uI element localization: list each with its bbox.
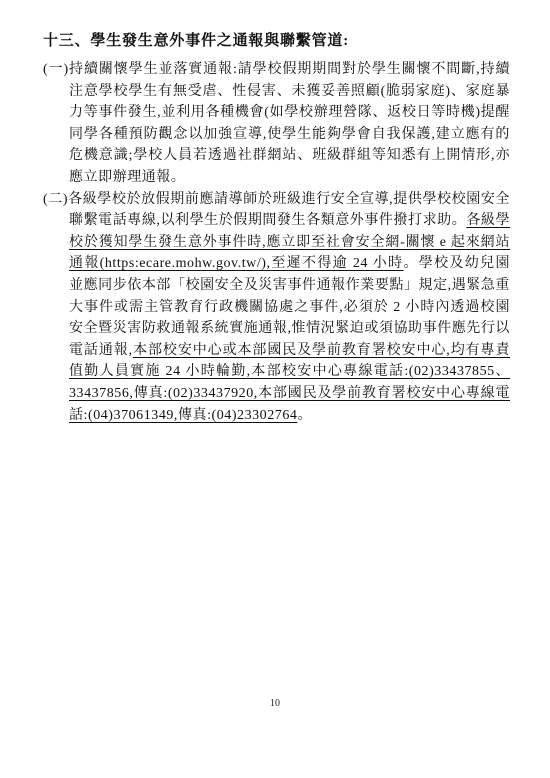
page-number: 10 — [0, 698, 550, 709]
text-run: 持續關懷學生並落實通報:請學校假期期間對於學生關懷不間斷,持續注意學校學生有無受… — [69, 62, 510, 185]
paragraph-2: (二)各級學校於放假期前應請導師於班級進行安全宣導,提供學校校園安全聯繫電話專線… — [43, 189, 510, 427]
paragraph-label: (二) — [43, 192, 68, 207]
text-run: 。 — [297, 408, 312, 423]
paragraph-1: (一)持續關懷學生並落實通報:請學校假期期間對於學生關懷不間斷,持續注意學校學生… — [43, 59, 510, 189]
paragraph-list: (一)持續關懷學生並落實通報:請學校假期期間對於學生關懷不間斷,持續注意學校學生… — [43, 59, 510, 426]
document-body: 十三、學生發生意外事件之通報與聯繫管道: (一)持續關懷學生並落實通報:請學校假… — [43, 31, 510, 426]
paragraph-label: (一) — [43, 62, 69, 77]
underlined-text-run: 本部校安中心或本部國民及學前教育署校安中心,均有專責值勤人員實施 24 小時輪勤… — [69, 343, 510, 423]
text-run: 各級學校於放假期前應請導師於班級進行安全宣導,提供學校校園安全聯繫電話專線,以利… — [68, 192, 510, 229]
document-page: 十三、學生發生意外事件之通報與聯繫管道: (一)持續關懷學生並落實通報:請學校假… — [0, 0, 550, 778]
section-heading: 十三、學生發生意外事件之通報與聯繫管道: — [43, 31, 510, 52]
